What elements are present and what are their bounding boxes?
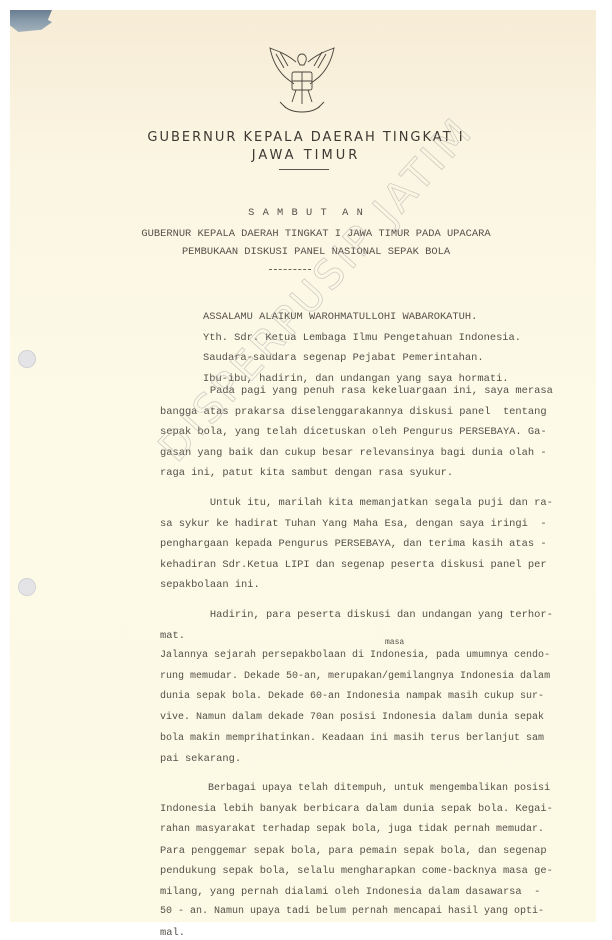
speech-line: rung memudar. Dekade 50-an, merupakan/ge… [160,671,550,682]
document-subtitle: PEMBUKAAN DISKUSI PANEL NASIONAL SEPAK B… [10,246,612,258]
speech-line: Berbagai upaya telah ditempuh, untuk men… [160,783,550,794]
speech-line: gasan yang baik dan cukup besar relevans… [160,447,547,459]
speech-line: Untuk itu, marilah kita memanjatkan sega… [160,497,553,509]
speech-line: mat. [160,630,185,642]
speech-line: pai sekarang. [160,753,241,765]
punch-hole [18,578,36,596]
speech-line: Para penggemar sepak bola, para pemain s… [160,845,547,857]
document-subtitle: GUBERNUR KEPALA DAERAH TINGKAT I JAWA TI… [10,228,612,240]
letterhead-divider [279,169,329,170]
speech-line: raga ini, patut kita sambut dengan rasa … [160,467,453,479]
speech-line: kehadiran Sdr.Ketua LIPI dan segenap pes… [160,559,547,571]
garuda-emblem-icon [266,44,338,122]
salutation-line: ASSALAMU ALAIKUM WAROHMATULLOHI WABAROKA… [203,311,477,323]
speech-line: pendukung sepak bola, selalu mengharapka… [160,865,553,877]
speech-line: rahan masyarakat terhadap sepak bola, ju… [160,824,544,835]
speech-line: 50 - an. Namun upaya tadi belum pernah m… [160,906,544,917]
speech-line: bola makin memprihatinkan. Keadaan ini m… [160,733,544,744]
letterhead-title: GUBERNUR KEPALA DAERAH TINGKAT I [0,130,612,145]
punch-hole [18,350,36,368]
speech-line: Hadirin, para peserta diskusi dan undang… [160,609,553,621]
letterhead-region: JAWA TIMUR [0,148,612,163]
speech-line: penghargaan kepada Pengurus PERSEBAYA, d… [160,538,547,550]
interlinear-note: masa [385,638,404,647]
speech-line: dunia sepak bola. Dekade 60-an Indonesia… [160,691,544,702]
speech-line: mal. [160,927,185,939]
speech-line: vive. Namun dalam dekade 70an posisi Ind… [160,712,544,723]
speech-line: milang, yang pernah dialami oleh Indones… [160,886,540,898]
document-title: S A M B U T A N [0,207,612,219]
speech-line: sa sykur ke hadirat Tuhan Yang Maha Esa,… [160,518,547,530]
speech-line: sepakbolaan ini. [160,579,260,591]
speech-line: Jalannya sejarah persepakbolaan di Indon… [160,650,550,661]
speech-line: Indonesia lebih banyak berbicara dalam d… [160,803,553,815]
